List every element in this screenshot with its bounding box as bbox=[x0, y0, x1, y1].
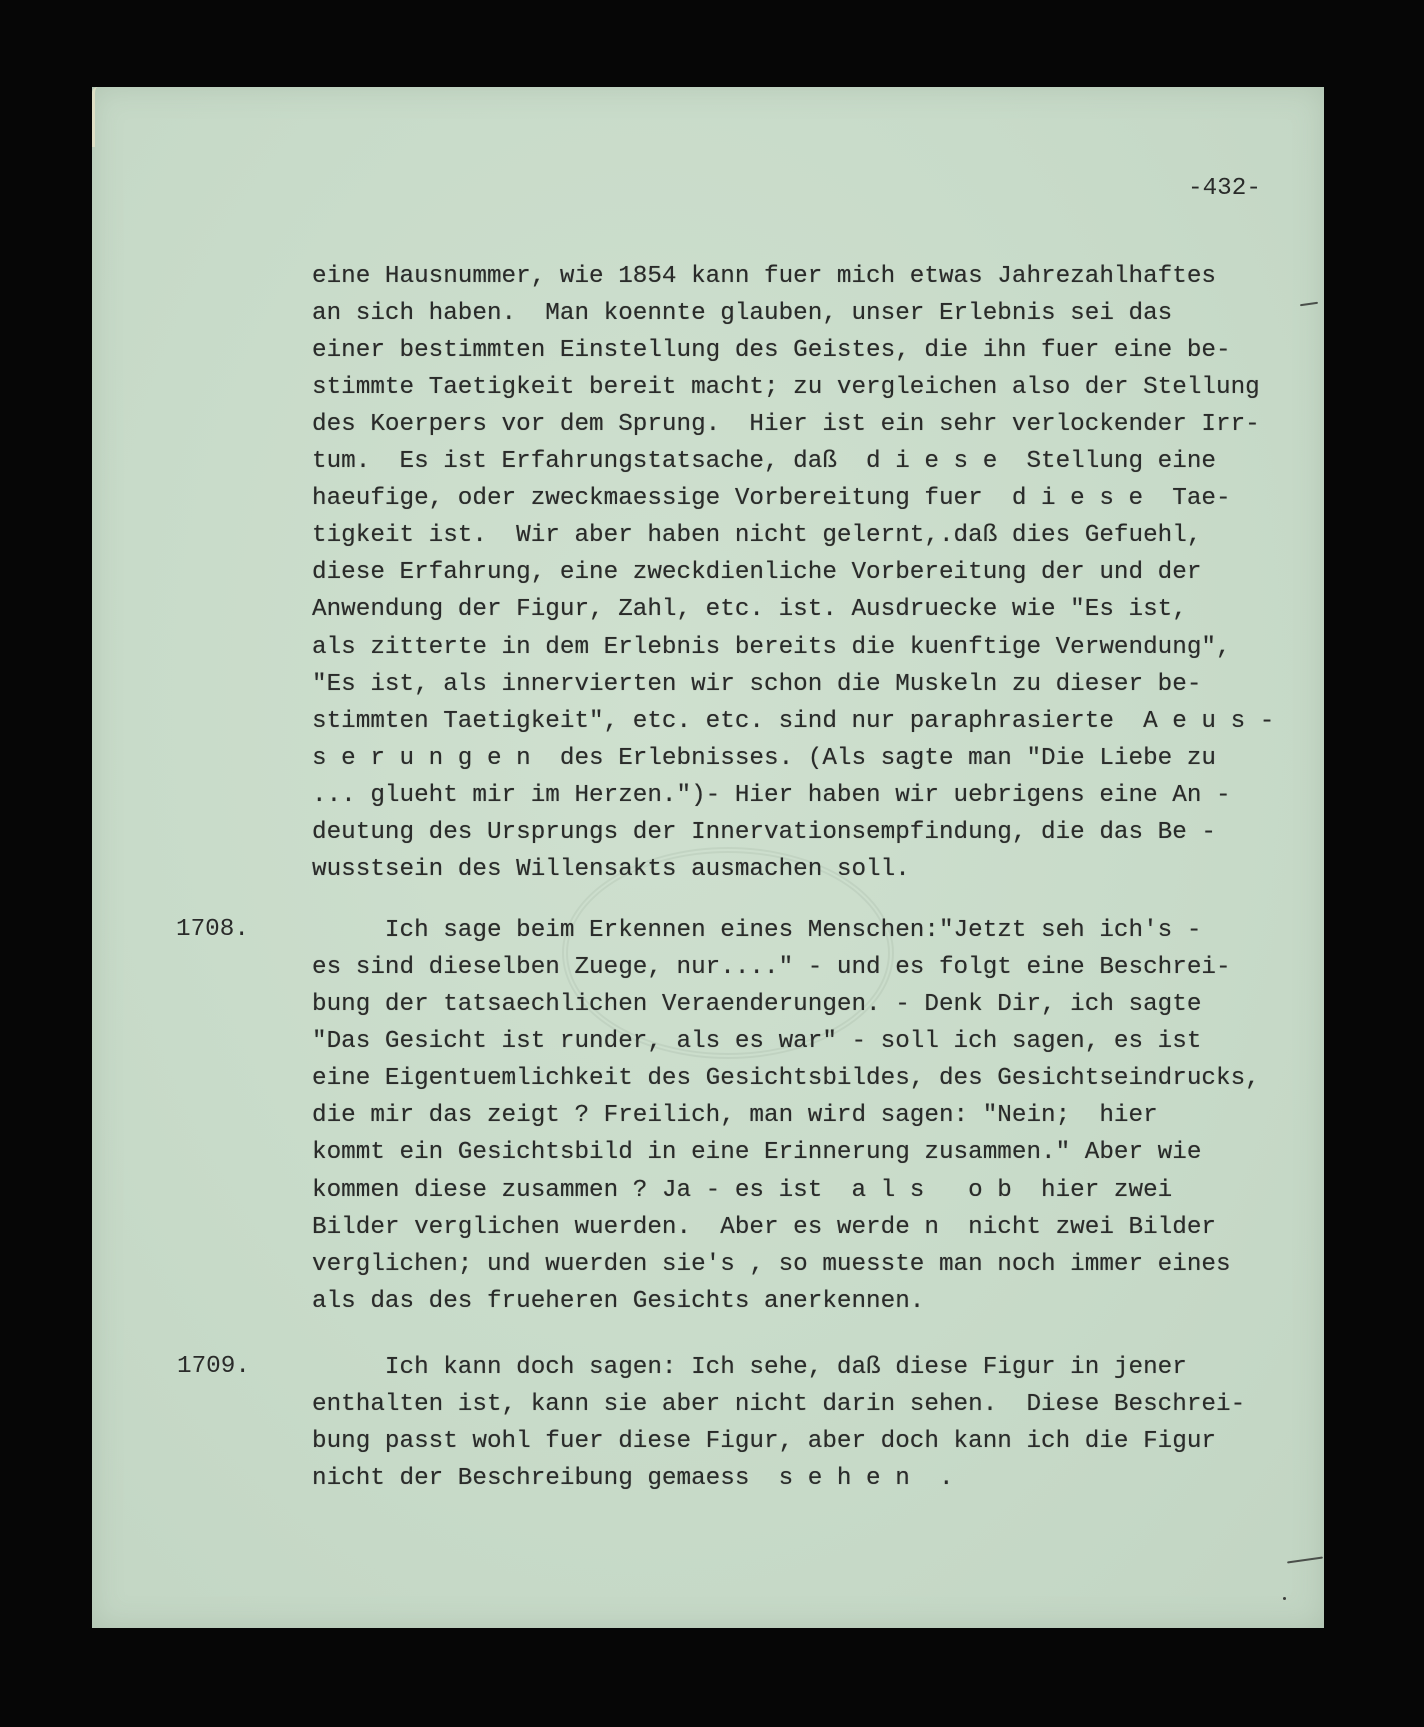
text-line: eine Hausnummer, wie 1854 kann fuer mich… bbox=[312, 262, 1216, 292]
text-line: Ich sage beim Erkennen eines Menschen:"J… bbox=[312, 916, 1201, 946]
text-line: eine Eigentuemlichkeit des Gesichtsbilde… bbox=[312, 1064, 1260, 1094]
text-line: es sind dieselben Zuege, nur...." - und … bbox=[312, 953, 1231, 983]
text-line: Anwendung der Figur, Zahl, etc. ist. Aus… bbox=[312, 595, 1187, 625]
remark-number: 1709. bbox=[177, 1353, 250, 1380]
text-line: als zitterte in dem Erlebnis bereits die… bbox=[312, 633, 1231, 663]
remark-number: 1708. bbox=[176, 916, 249, 943]
text-line: tigkeit ist. Wir aber haben nicht gelern… bbox=[312, 521, 1201, 551]
text-line: wusstsein des Willensakts ausmachen soll… bbox=[312, 855, 910, 885]
text-line: enthalten ist, kann sie aber nicht darin… bbox=[312, 1390, 1245, 1420]
text-line: kommen diese zusammen ? Ja - es ist a l … bbox=[312, 1176, 1172, 1206]
paper-curl-edge bbox=[92, 87, 107, 147]
text-line: als das des frueheren Gesichts anerkenne… bbox=[312, 1287, 924, 1317]
text-line: stimmte Taetigkeit bereit macht; zu verg… bbox=[312, 373, 1260, 403]
text-line: des Koerpers vor dem Sprung. Hier ist ei… bbox=[312, 410, 1260, 440]
text-line: haeufige, oder zweckmaessige Vorbereitun… bbox=[312, 484, 1231, 514]
text-line: Bilder verglichen wuerden. Aber es werde… bbox=[312, 1213, 1216, 1243]
text-line: Ich kann doch sagen: Ich sehe, daß diese… bbox=[312, 1353, 1187, 1383]
text-line: "Das Gesicht ist runder, als es war" - s… bbox=[312, 1027, 1201, 1057]
text-line: verglichen; und wuerden sie's , so muess… bbox=[312, 1250, 1231, 1280]
text-line: stimmten Taetigkeit", etc. etc. sind nur… bbox=[312, 707, 1274, 737]
text-line: an sich haben. Man koennte glauben, unse… bbox=[312, 299, 1172, 329]
text-line: deutung des Ursprungs der Innervationsem… bbox=[312, 818, 1216, 848]
text-line: nicht der Beschreibung gemaess s e h e n… bbox=[312, 1464, 954, 1494]
text-line: diese Erfahrung, eine zweckdienliche Vor… bbox=[312, 558, 1201, 588]
text-line: tum. Es ist Erfahrungstatsache, daß d i … bbox=[312, 447, 1216, 477]
ink-dot bbox=[1283, 1597, 1286, 1600]
text-line: s e r u n g e n des Erlebnisses. (Als sa… bbox=[312, 744, 1216, 774]
page-number: -432- bbox=[1188, 175, 1261, 202]
text-line: ... glueht mir im Herzen.")- Hier haben … bbox=[312, 781, 1231, 811]
text-line: bung der tatsaechlichen Veraenderungen. … bbox=[312, 990, 1201, 1020]
text-line: bung passt wohl fuer diese Figur, aber d… bbox=[312, 1427, 1216, 1457]
text-line: einer bestimmten Einstellung des Geistes… bbox=[312, 336, 1231, 366]
text-line: "Es ist, als innervierten wir schon die … bbox=[312, 670, 1201, 700]
text-line: die mir das zeigt ? Freilich, man wird s… bbox=[312, 1101, 1158, 1131]
text-line: kommt ein Gesichtsbild in eine Erinnerun… bbox=[312, 1138, 1201, 1168]
